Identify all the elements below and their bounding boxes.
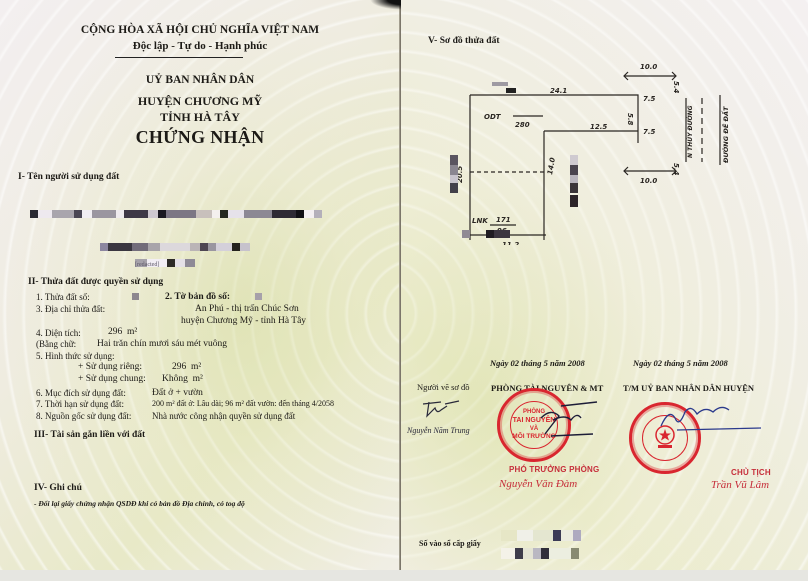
id-line-partial: [redacted] <box>135 262 159 268</box>
map-label-notch: 5.8 <box>626 113 634 126</box>
shared-use-label: + Sử dụng chung: <box>78 374 146 384</box>
ubnd-name: T/M UỶ BAN NHÂN DÂN HUYỆN <box>623 383 754 393</box>
dept-signer: Nguyễn Văn Đàm <box>499 478 577 490</box>
map-label-road-width-bottom: 5.4 <box>672 163 680 176</box>
origin-label: 8. Nguồn gốc sử dụng đất: <box>36 411 131 421</box>
district-heading: HUYỆN CHƯƠNG MỸ <box>60 94 340 109</box>
parcel-sketch-map: 24.1 ODT 280 12.5 7.5 7.5 5.8 10.0 10.0 … <box>440 55 740 245</box>
ubnd-date: Ngày 02 tháng 5 năm 2008 <box>633 358 728 368</box>
map-label-bottom-edge: 11.2 <box>502 241 519 245</box>
private-use-label: + Sử dụng riêng: <box>78 362 142 372</box>
certificate-title: CHỨNG NHẬN <box>60 127 340 148</box>
section-1-heading: I- Tên người sử dụng đất <box>18 172 119 182</box>
registry-label: Số vào sổ cấp giấy <box>419 539 481 548</box>
map-heading: V- Sơ đồ thửa đất <box>428 36 500 46</box>
parcel-number-redacted <box>132 293 139 300</box>
map-label-road-name: N THỦY ĐƯỜNG <box>686 105 694 158</box>
private-use-value: 296 m² <box>172 362 201 372</box>
parcel-number-label: 1. Thửa đất số: <box>36 292 90 302</box>
map-label-lnk: LNK <box>472 217 488 225</box>
dept-date: Ngày 02 tháng 5 năm 2008 <box>490 358 585 368</box>
ubnd-signer: Trần Vũ Lâm <box>711 479 769 491</box>
map-label-top-edge: 24.1 <box>550 87 567 95</box>
map-label-dike-name: ĐƯỜNG ĐÊ ĐẤT <box>720 106 730 164</box>
private-use-unit: m² <box>191 362 201 372</box>
dept-signature <box>521 400 601 440</box>
owner-id-redacted <box>135 254 215 262</box>
area-words-value: Hai trăn chín mươi sáu mét vuông <box>97 339 227 349</box>
drafter-name: Nguyễn Năm Trung <box>407 426 470 435</box>
note-text: - Đổi lại giấy chứng nhận QSDĐ khi có bả… <box>34 499 245 508</box>
shared-use-unit: m² <box>193 374 203 384</box>
certificate-left-page: CỘNG HÒA XÃ HỘI CHỦ NGHĨA VIỆT NAM Độc l… <box>0 0 400 570</box>
area-label: 4. Diện tích: <box>36 328 81 338</box>
area-unit: m² <box>127 327 137 337</box>
drafter-signature <box>419 398 469 420</box>
map-sheet-redacted <box>255 293 262 300</box>
issuer-heading: UỶ BAN NHÂN DÂN <box>60 74 340 86</box>
owner-line2-redacted <box>100 238 280 250</box>
map-label-odt-area: 280 <box>515 121 530 129</box>
map-sheet-label: 2. Tờ bản đồ số: <box>165 292 230 302</box>
map-label-right-top: 7.5 <box>643 95 656 103</box>
section-4-heading: IV- Ghi chú <box>34 483 82 493</box>
ubnd-role: CHỦ TỊCH <box>731 468 771 477</box>
map-label-inner-edge: 12.5 <box>590 123 607 131</box>
map-label-right-bottom: 7.5 <box>643 128 656 136</box>
registry-redacted <box>501 528 621 550</box>
private-use-number: 296 <box>172 362 186 372</box>
ubnd-signature <box>651 398 771 434</box>
term-value: 200 m² đất ở: Lâu dài; 96 m² đất vườn: đ… <box>152 399 334 408</box>
section-2-heading: II- Thửa đất được quyền sử dụng <box>28 277 163 287</box>
scan-bottom-margin <box>0 570 808 581</box>
dept-role: PHÓ TRƯỞNG PHÒNG <box>509 465 599 474</box>
address-line-2: huyện Chương Mỹ - tỉnh Hà Tây <box>181 316 306 326</box>
map-label-road-width-top: 5.4 <box>672 81 680 94</box>
map-label-right-edge: 14.0 <box>546 157 557 176</box>
purpose-value: Đất ở + vườn <box>152 388 203 398</box>
map-label-odt: ODT <box>484 113 502 121</box>
motto: Độc lập - Tự do - Hạnh phúc <box>60 40 340 52</box>
map-label-lnk-number: 171 <box>496 216 511 224</box>
map-label-road-offset-bottom: 10.0 <box>640 177 657 185</box>
use-form-label: 5. Hình thức sử dụng: <box>36 351 115 361</box>
odt-marker <box>506 88 516 93</box>
drafter-label: Người vẽ sơ đồ <box>417 382 470 392</box>
origin-value: Nhà nước công nhận quyền sử dụng đất <box>152 411 295 421</box>
header-divider <box>115 57 243 58</box>
area-value: 296 m² <box>108 327 137 337</box>
area-number: 296 <box>108 327 122 337</box>
address-label: 3. Địa chỉ thửa đất: <box>36 304 105 314</box>
nation-heading: CỘNG HÒA XÃ HỘI CHỦ NGHĨA VIỆT NAM <box>60 24 340 36</box>
address-line-1: An Phú - thị trấn Chúc Sơn <box>195 304 299 314</box>
purpose-label: 6. Mục đích sử dụng đất: <box>36 388 126 398</box>
shared-use-text: Không <box>162 374 188 384</box>
map-label-road-offset-top: 10.0 <box>640 63 657 71</box>
map-redactions <box>450 82 578 238</box>
province-heading: TỈNH HÀ TÂY <box>60 110 340 125</box>
area-words-label: (Bằng chữ: <box>36 339 76 349</box>
owner-name-redacted <box>30 205 350 217</box>
section-3-heading: III- Tài sản gắn liền với đất <box>34 430 145 440</box>
term-label: 7. Thời hạn sử dụng đất: <box>36 399 124 409</box>
shared-use-value: Không m² <box>162 374 203 384</box>
